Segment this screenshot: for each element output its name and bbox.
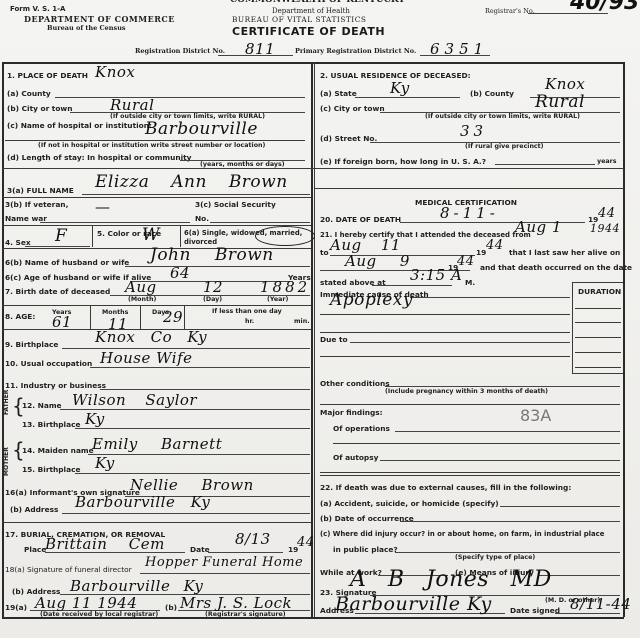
birth-day-value: 12	[203, 278, 223, 296]
state-field[interactable]	[355, 97, 460, 98]
date-of-death-year: 44	[598, 206, 616, 221]
physician-address-value: Barbourville Ky	[335, 593, 492, 615]
industry-label: 11. Industry or business	[5, 381, 106, 390]
primary-district-value: 6351	[430, 40, 488, 58]
time-unit: M.	[465, 278, 475, 287]
mother-birthplace-field[interactable]	[75, 473, 310, 474]
birthplace-label: 9. Birthplace	[5, 340, 58, 349]
last-saw-value: Aug 9	[345, 252, 410, 270]
hospital-label: (c) Name of hospital or institution:	[7, 121, 152, 130]
informant-address-label: (b) Address	[10, 505, 58, 514]
column-divider	[311, 62, 313, 617]
min-label: min.	[294, 318, 310, 325]
cause-line-2	[320, 314, 570, 315]
operations-field[interactable]	[395, 431, 620, 432]
street-value: 33	[460, 122, 487, 140]
birthplace-value: Knox Co Ky	[95, 328, 207, 346]
spouse-value: John Brown	[150, 245, 274, 265]
father-name-label: 12. Name	[22, 401, 62, 410]
place-of-death-value: Knox	[95, 63, 135, 81]
father-birthplace-label: 13. Birthplace	[22, 420, 80, 429]
registrar-signature-label: (b)	[165, 603, 177, 612]
foreign-unit: years	[597, 158, 616, 165]
county-label: (a) County	[7, 89, 51, 98]
public-place-label: in public place?	[333, 545, 398, 554]
occupation-value: House Wife	[100, 349, 193, 367]
social-security-label: 3(c) Social Security	[195, 200, 276, 209]
month-label: (Month)	[128, 296, 156, 303]
funeral-address-value: Barbourville Ky	[70, 577, 203, 595]
operations-note: 83A	[520, 406, 551, 425]
time-of-death-field[interactable]	[372, 285, 452, 286]
war-value: —	[95, 198, 111, 216]
date-received-value: Aug 11 1944	[35, 594, 137, 612]
burial-place-label: Place	[24, 545, 46, 554]
full-name-field[interactable]	[82, 194, 310, 195]
attended-from-year: 1944	[590, 222, 620, 235]
father-side-label: FATHER	[3, 390, 10, 415]
res-county-label: (b) County	[470, 89, 514, 98]
burial-date-field[interactable]	[208, 552, 283, 553]
other-conditions-field[interactable]	[385, 386, 620, 387]
date-of-death-label: 20. DATE OF DEATH	[320, 215, 401, 224]
informant-signature-value: Nellie Brown	[130, 476, 254, 494]
father-birthplace-value: Ky	[85, 410, 105, 428]
duration-line-2	[575, 322, 621, 323]
hospital-line	[5, 140, 305, 141]
burial-year-value: 44	[297, 535, 315, 550]
date-signed-label: Date signed	[510, 606, 560, 615]
autopsy-label: Of autopsy	[333, 453, 378, 462]
operations-line-2	[333, 443, 620, 444]
registration-district-label: Registration District No.	[135, 47, 225, 55]
burial-date-label: Date	[190, 545, 210, 554]
divider-sex	[92, 225, 93, 247]
divider-age-3	[184, 305, 185, 329]
time-of-death-value: 3:15 A	[410, 266, 462, 284]
street-note: (If rural give precinct)	[465, 143, 544, 150]
attended-to-year-prefix: 19	[476, 248, 486, 257]
res-county-value: Knox	[545, 75, 585, 93]
accident-field[interactable]	[500, 506, 620, 507]
occupation-field[interactable]	[90, 367, 310, 368]
bureau-label: Bureau of the Census	[47, 24, 126, 32]
divider-age-1	[90, 305, 91, 329]
stay-label: (d) Length of stay: In hospital or commu…	[7, 153, 192, 162]
mother-name-value: Emily Barnett	[92, 435, 222, 453]
autopsy-line-3	[320, 475, 620, 476]
burial-place-value: Brittain Cem	[45, 535, 165, 553]
duration-line-3	[575, 337, 621, 338]
bureau-vital-label: BUREAU OF VITAL STATISTICS	[232, 15, 366, 24]
informant-address-field[interactable]	[62, 513, 310, 514]
funeral-director-value: Hopper Funeral Home	[145, 555, 303, 570]
physician-signature-value: A B Jones MD	[350, 567, 552, 592]
external-causes-heading: 22. If death was due to external causes,…	[320, 483, 571, 492]
cause-of-death-value: Apoplexy	[330, 290, 413, 310]
duration-label: DURATION	[578, 287, 621, 296]
mother-name-field[interactable]	[88, 454, 310, 455]
accident-label: (a) Accident, suicide, or homicide (spec…	[320, 499, 499, 508]
mother-side-label: MOTHER	[3, 447, 10, 476]
birth-month-value: Aug	[125, 278, 157, 296]
marital-circle-mark	[255, 226, 315, 246]
mother-name-label: 14. Maiden name	[22, 446, 94, 455]
divider-medical-top	[314, 188, 624, 189]
registrar-signature-value: Mrs J. S. Lock	[180, 594, 292, 612]
divider-informant	[2, 522, 311, 523]
public-place-field[interactable]	[395, 552, 620, 553]
duration-box-left	[572, 282, 573, 373]
divider-race	[180, 225, 181, 247]
age-label: 8. AGE:	[5, 312, 35, 321]
sex-value: F	[55, 226, 67, 246]
divider-birth	[2, 305, 311, 306]
duration-box-bottom	[572, 373, 623, 374]
due-to-label: Due to	[320, 335, 348, 344]
res-city-label: (c) City or town	[320, 104, 385, 113]
father-name-value: Wilson Saylor	[72, 391, 197, 409]
full-name-label: 3(a) FULL NAME	[7, 186, 74, 195]
social-security-field[interactable]	[210, 222, 310, 223]
county-field[interactable]	[55, 97, 305, 98]
age-days-value: 29	[163, 308, 183, 326]
mother-birthplace-value: Ky	[95, 454, 115, 472]
hospital-note: (If not in hospital or institution write…	[38, 142, 265, 149]
state-value: Ky	[390, 79, 410, 97]
date-received-note: (Date received by local registrar)	[40, 611, 158, 618]
duration-line-1	[575, 308, 621, 309]
year-label: (Year)	[267, 296, 288, 303]
registrar-signature-note: (Registrar's signature)	[205, 611, 286, 618]
occupation-label: 10. Usual occupation	[5, 359, 92, 368]
full-name-value: Elizza Ann Brown	[95, 172, 288, 192]
date-signed-field[interactable]	[555, 613, 620, 614]
funeral-director-label: 18(a) Signature of funeral director	[5, 565, 132, 574]
death-certificate: Form V. S. 1-A DEPARTMENT OF COMMERCE Bu…	[0, 0, 640, 638]
spouse-label: 6(b) Name of husband or wife	[5, 258, 129, 267]
mother-birthplace-label: 15. Birthplace	[22, 465, 80, 474]
city-value: Rural	[110, 96, 154, 114]
frame-left	[2, 62, 4, 617]
injury-location-label: (c) Where did injury occur? in or about …	[320, 530, 604, 538]
divider-name	[2, 197, 311, 198]
registrar-number-value: 40/93	[570, 0, 639, 15]
autopsy-field[interactable]	[380, 460, 620, 461]
foreign-field[interactable]	[495, 164, 595, 165]
major-findings-label: Major findings:	[320, 408, 383, 417]
occurrence-field[interactable]	[400, 521, 620, 522]
cause-of-death-field[interactable]	[410, 297, 570, 298]
autopsy-line-2	[320, 472, 620, 473]
other-conditions-note: (Include pregnancy within 3 months of de…	[385, 388, 548, 395]
res-city-note: (If outside city or town limits, write R…	[425, 113, 580, 120]
other-conditions-line-2	[320, 404, 620, 405]
duration-line-4	[575, 352, 621, 353]
industry-field[interactable]	[100, 389, 310, 390]
registration-district-value: 811	[245, 40, 275, 58]
father-birthplace-field[interactable]	[75, 428, 310, 429]
page-title: CERTIFICATE OF DEATH	[232, 25, 385, 38]
hr-label: hr.	[245, 318, 254, 325]
section-divider-1	[2, 168, 624, 169]
death-occurred-text: and that death occurred on the date	[480, 263, 632, 272]
res-city-value: Rural	[535, 92, 585, 112]
duration-line-5	[575, 367, 621, 368]
cause-line-3	[320, 332, 570, 333]
funeral-director-field[interactable]	[140, 573, 310, 574]
social-security-no-label: No.	[195, 214, 209, 223]
stay-note: (years, months or days)	[200, 161, 285, 168]
war-field[interactable]	[40, 222, 190, 223]
birth-date-label: 7. Birth date of deceased	[5, 287, 110, 296]
column-divider-inner	[314, 62, 315, 617]
specify-place-note: (Specify type of place)	[455, 554, 535, 561]
other-conditions-label: Other conditions	[320, 379, 390, 388]
spouse-age-value: 64	[170, 264, 190, 282]
race-value: W	[142, 225, 160, 245]
city-label: (b) City or town	[7, 104, 73, 113]
attended-from-value: Aug 1	[515, 218, 562, 236]
last-saw-text: that I last saw her alive on	[509, 248, 620, 257]
department-health-label: Department of Health	[272, 7, 350, 15]
frame-right	[623, 62, 625, 617]
informant-address-value: Barbourville Ky	[75, 493, 210, 511]
less-day-label: If less than one day	[212, 308, 282, 315]
birth-year-value: 1882	[260, 278, 310, 296]
due-to-line-2	[320, 356, 570, 357]
primary-district-label: Primary Registration District No.	[295, 47, 416, 55]
divider-age-2	[140, 305, 141, 329]
burial-date-value: 8/13	[235, 530, 271, 548]
foreign-label: (e) If foreign born, how long in U. S. A…	[320, 157, 486, 166]
spouse-field[interactable]	[125, 266, 310, 267]
date-signed-value: 8/11-44	[570, 595, 631, 613]
form-number: Form V. S. 1-A	[10, 5, 65, 13]
veteran-label: 3(b) If veteran,	[5, 200, 68, 209]
date-of-death-value: 8-11-	[440, 204, 499, 222]
attended-to-label: to	[320, 248, 329, 257]
operations-label: Of operations	[333, 424, 390, 433]
sex-field[interactable]	[25, 246, 90, 247]
due-to-field[interactable]	[350, 342, 570, 343]
street-label: (d) Street No.	[320, 134, 377, 143]
day-label: (Day)	[203, 296, 222, 303]
date-received-label: 19(a)	[5, 603, 27, 612]
place-of-death-heading: 1. PLACE OF DEATH	[7, 71, 88, 80]
commonwealth-label: COMMONWEALTH OF KENTUCKY	[230, 0, 405, 5]
hospital-value: Barbourville	[145, 119, 258, 139]
state-label: (a) State	[320, 89, 357, 98]
duration-box-top	[572, 282, 623, 283]
attended-to-year: 44	[486, 238, 504, 253]
department-label: DEPARTMENT OF COMMERCE	[24, 14, 175, 24]
